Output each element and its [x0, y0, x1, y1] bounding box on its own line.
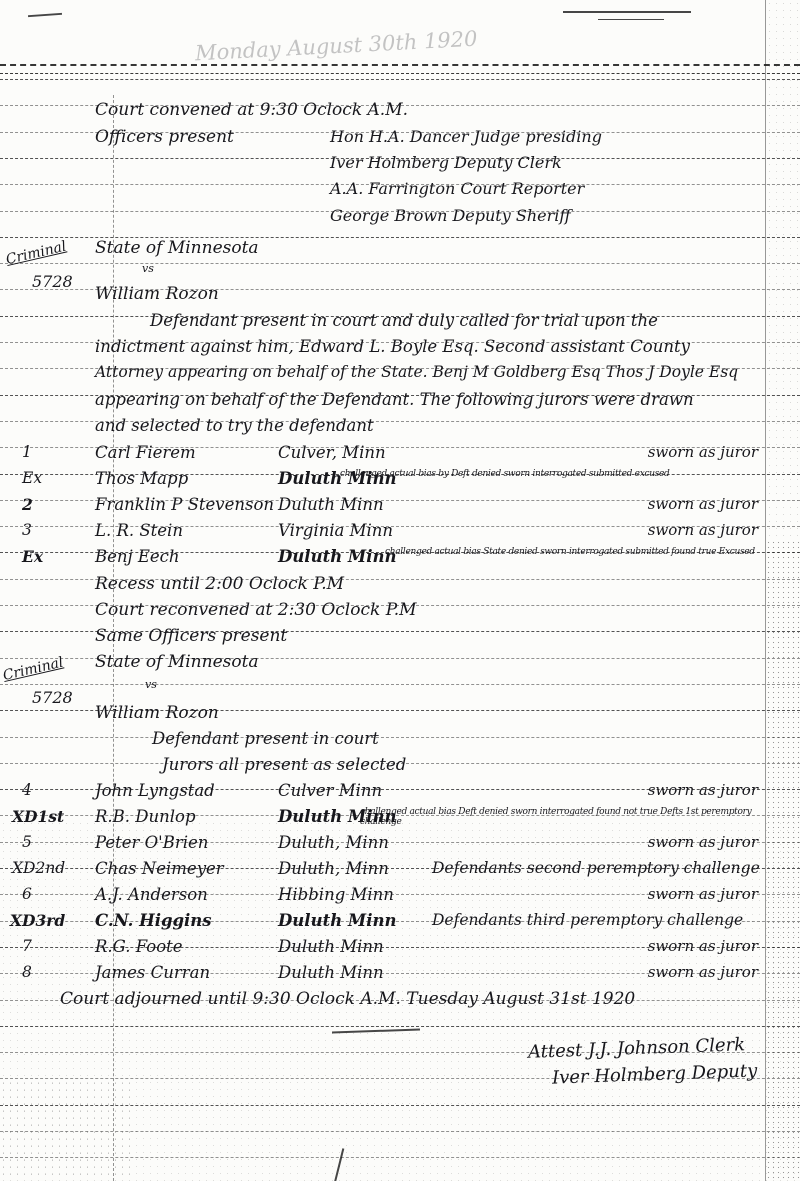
scan-artifact — [598, 19, 664, 20]
juror-place: Duluth Minn — [278, 937, 384, 956]
ruled-line — [0, 1131, 800, 1132]
case1-defendant: William Rozon — [95, 284, 219, 304]
same-officers-line: Same Officers present — [95, 626, 287, 646]
case2-present-line: Defendant present in court — [152, 729, 379, 748]
juror-place: Duluth Minn — [278, 495, 384, 514]
juror-note: sworn as juror — [648, 963, 758, 981]
officers-label: Officers present — [95, 127, 234, 147]
juror-note: challenged actual bias by Deft denied sw… — [340, 469, 762, 479]
juror-place: Hibbing Minn — [278, 885, 394, 904]
case1-body-line: appearing on behalf of the Defendant. Th… — [95, 390, 694, 409]
attest-clerk-signature: Attest J.J. Johnson Clerk — [528, 1034, 746, 1063]
juror-row: Ex Benj Eech Duluth Minn challenged actu… — [0, 547, 800, 572]
juror-row: XD1st R.B. Dunlop Duluth Minn challenged… — [0, 807, 800, 832]
juror-name: Peter O'Brien — [95, 833, 208, 852]
case2-number: 5728 — [32, 688, 73, 707]
juror-note: challenged actual bias State denied swor… — [385, 547, 762, 557]
officer-clerk: Iver Holmberg Deputy Clerk — [330, 153, 562, 172]
juror-row: 3 L. R. Stein Virginia Minn sworn as jur… — [0, 521, 800, 546]
ledger-page: Monday August 30th 1920 Court convened a… — [0, 0, 800, 1181]
juror-place: Duluth Minn — [278, 963, 384, 982]
case2-vs: vs — [145, 678, 157, 691]
officer-sheriff: George Brown Deputy Sheriff — [330, 206, 571, 225]
juror-name: R.G. Foote — [95, 937, 183, 956]
juror-name: Franklin P Stevenson — [95, 495, 274, 514]
officer-judge: Hon H.A. Dancer Judge presiding — [330, 127, 602, 146]
juror-row: 4 John Lyngstad Culver Minn sworn as jur… — [0, 781, 800, 806]
case1-vs: vs — [142, 262, 154, 275]
juror-number: XD1st — [12, 807, 97, 826]
case2-plaintiff: State of Minnesota — [95, 652, 259, 672]
juror-row: 7 R.G. Foote Duluth Minn sworn as juror — [0, 937, 800, 962]
juror-note: challenged actual bias Deft denied sworn… — [360, 807, 762, 827]
juror-name: Benj Eech — [95, 547, 180, 566]
ruled-line — [0, 684, 800, 685]
juror-place: Duluth Minn — [278, 547, 396, 566]
juror-note: sworn as juror — [648, 443, 758, 461]
pen-stroke — [334, 1148, 345, 1181]
header-rule — [0, 64, 800, 66]
case1-body-line: Defendant present in court and duly call… — [150, 311, 658, 330]
juror-note: sworn as juror — [648, 521, 758, 539]
case1-body-line: and selected to try the defendant — [95, 416, 374, 435]
case2-defendant: William Rozon — [95, 703, 219, 723]
juror-row: Ex Thos Mapp Duluth Minn challenged actu… — [0, 469, 800, 494]
scan-artifact — [28, 13, 62, 17]
juror-row: 1 Carl Fierem Culver, Minn sworn as juro… — [0, 443, 800, 468]
juror-name: C.N. Higgins — [95, 911, 212, 930]
ruled-line — [0, 737, 800, 738]
recess-line: Recess until 2:00 Oclock P.M — [95, 574, 344, 594]
ruled-line — [0, 263, 800, 264]
juror-number: XD2nd — [12, 859, 97, 877]
page-header-date: Monday August 30th 1920 — [195, 27, 478, 66]
juror-place: Culver, Minn — [278, 443, 386, 462]
juror-note: sworn as juror — [648, 781, 758, 799]
ruled-line — [0, 1157, 800, 1158]
juror-name: James Curran — [95, 963, 210, 982]
juror-note: sworn as juror — [648, 885, 758, 903]
officer-reporter: A.A. Farrington Court Reporter — [330, 179, 584, 198]
juror-name: Carl Fierem — [95, 443, 196, 462]
juror-row: 5 Peter O'Brien Duluth, Minn sworn as ju… — [0, 833, 800, 858]
juror-note: Defendants third peremptory challenge — [432, 911, 743, 929]
attest-deputy-signature: Iver Holmberg Deputy — [552, 1060, 758, 1088]
juror-row: 6 A.J. Anderson Hibbing Minn sworn as ju… — [0, 885, 800, 910]
case1-body-line: Attorney appearing on behalf of the Stat… — [95, 363, 738, 381]
juror-name: Chas Neimeyer — [95, 859, 224, 878]
juror-place: Culver Minn — [278, 781, 382, 800]
juror-name: L. R. Stein — [95, 521, 183, 540]
reconvened-line: Court reconvened at 2:30 Oclock P.M — [95, 600, 417, 620]
ruled-line — [0, 79, 800, 80]
right-edge-line — [765, 0, 766, 1181]
juror-name: John Lyngstad — [95, 781, 215, 800]
juror-number: XD3rd — [10, 911, 95, 930]
ruled-line — [0, 1105, 800, 1106]
juror-note: sworn as juror — [648, 495, 758, 513]
juror-row: XD2nd Chas Neimeyer Duluth, Minn Defenda… — [0, 859, 800, 884]
juror-row: XD3rd C.N. Higgins Duluth Minn Defendant… — [0, 911, 800, 936]
juror-row: 8 James Curran Duluth Minn sworn as juro… — [0, 963, 800, 988]
juror-place: Duluth, Minn — [278, 859, 389, 878]
case2-jurors-present-line: Jurors all present as selected — [162, 755, 406, 774]
adjourned-line: Court adjourned until 9:30 Oclock A.M. T… — [60, 989, 635, 1009]
juror-place: Duluth Minn — [278, 911, 396, 930]
case2-margin-criminal: Criminal — [1, 655, 65, 684]
juror-place: Duluth, Minn — [278, 833, 389, 852]
header-rule — [0, 73, 800, 74]
scan-artifact — [563, 11, 691, 13]
juror-note: Defendants second peremptory challenge — [432, 859, 760, 877]
case1-plaintiff: State of Minnesota — [95, 238, 259, 258]
case1-number: 5728 — [32, 272, 73, 291]
convened-line: Court convened at 9:30 Oclock A.M. — [95, 100, 408, 120]
juror-name: A.J. Anderson — [95, 885, 208, 904]
juror-name: Thos Mapp — [95, 469, 188, 488]
juror-note: sworn as juror — [648, 937, 758, 955]
case1-body-line: indictment against him, Edward L. Boyle … — [95, 337, 690, 356]
juror-note: sworn as juror — [648, 833, 758, 851]
juror-name: R.B. Dunlop — [95, 807, 196, 826]
juror-place: Virginia Minn — [278, 521, 393, 540]
ruled-line — [0, 1026, 800, 1027]
pen-dash — [332, 1028, 420, 1033]
juror-row: 2 Franklin P Stevenson Duluth Minn sworn… — [0, 495, 800, 520]
